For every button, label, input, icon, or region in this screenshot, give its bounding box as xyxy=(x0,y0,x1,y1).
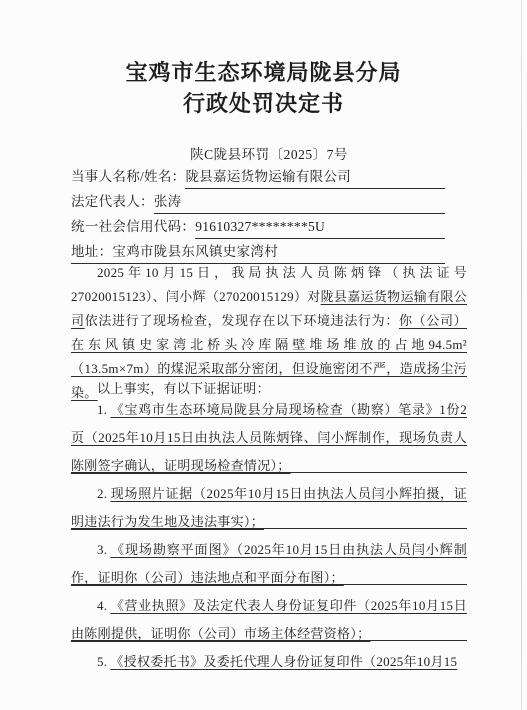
evidence-item-text: 现场照片证据（2025年10月15日由执法人员闫小辉拍摄，证明违法行为发生地及违… xyxy=(71,486,467,529)
document-title-line2: 行政处罚决定书 xyxy=(0,88,527,119)
credit-code-row: 统一社会信用代码：91610327********5U xyxy=(71,217,467,242)
evidence-item-text: 《现场勘察平面图》（2025年10月15日由执法人员闫小辉制作，证明你（公司）违… xyxy=(71,542,467,585)
legal-representative-label: 法定代表人： xyxy=(71,192,154,213)
evidence-item-number: 1. xyxy=(97,402,107,417)
party-name-row: 当事人名称/姓名：陇县嘉运货物运输有限公司 xyxy=(71,167,467,192)
legal-representative-value: 张涛 xyxy=(154,192,182,214)
blank-underline xyxy=(71,640,467,641)
document-page: 宝鸡市生态环境局陇县分局 行政处罚决定书 陕C陇县环罚〔2025〕7号 当事人名… xyxy=(0,0,527,710)
credit-code-label: 统一社会信用代码： xyxy=(71,217,195,238)
blank-underline xyxy=(71,528,467,529)
blank-underline xyxy=(351,167,445,189)
party-info-section: 当事人名称/姓名：陇县嘉运货物运输有限公司 法定代表人：张涛 统一社会信用代码：… xyxy=(71,167,467,267)
credit-code-value: 91610327********5U xyxy=(195,217,325,239)
inspection-middle-text: 依法进行了现场检查，发现存在以下环境违法行为： xyxy=(85,313,399,328)
document-title: 宝鸡市生态环境局陇县分局 行政处罚决定书 xyxy=(0,57,527,119)
party-name-value: 陇县嘉运货物运输有限公司 xyxy=(185,167,351,189)
document-title-line1: 宝鸡市生态环境局陇县分局 xyxy=(0,57,527,88)
party-name-label: 当事人名称/姓名： xyxy=(71,167,185,188)
evidence-item-number: 3. xyxy=(97,542,107,557)
blank-underline xyxy=(71,472,467,473)
evidence-item-number: 5. xyxy=(97,654,107,669)
evidence-item-2: 2.现场照片证据（2025年10月15日由执法人员闫小辉拍摄，证明违法行为发生地… xyxy=(71,480,467,536)
evidence-item-text: 《宝鸡市生态环境局陇县分局现场检查（勘察）笔录》1份2页（2025年10月15日… xyxy=(71,402,467,473)
blank-underline xyxy=(181,192,445,214)
blank-underline xyxy=(71,584,467,585)
evidence-item-3: 3.《现场勘察平面图》（2025年10月15日由执法人员闫小辉制作，证明你（公司… xyxy=(71,536,467,592)
evidence-item-number: 4. xyxy=(97,598,107,613)
blank-underline xyxy=(325,217,445,239)
evidence-item-5: 5.《授权委托书》及委托代理人身份证复印件（2025年10月15 xyxy=(71,648,467,676)
evidence-item-text: 《授权委托书》及委托代理人身份证复印件（2025年10月15 xyxy=(110,654,457,669)
evidence-list: 1.《宝鸡市生态环境局陇县分局现场检查（勘察）笔录》1份2页（2025年10月1… xyxy=(71,396,467,676)
evidence-item-text: 《营业执照》及法定代表人身份证复印件（2025年10月15日由陈刚提供，证明你（… xyxy=(71,598,467,641)
evidence-item-1: 1.《宝鸡市生态环境局陇县分局现场检查（勘察）笔录》1份2页（2025年10月1… xyxy=(71,396,467,480)
evidence-item-4: 4.《营业执照》及法定代表人身份证复印件（2025年10月15日由陈刚提供，证明… xyxy=(71,592,467,648)
evidence-item-number: 2. xyxy=(97,486,107,501)
legal-representative-row: 法定代表人：张涛 xyxy=(71,192,467,217)
document-number: 陕C陇县环罚〔2025〕7号 xyxy=(71,145,467,165)
